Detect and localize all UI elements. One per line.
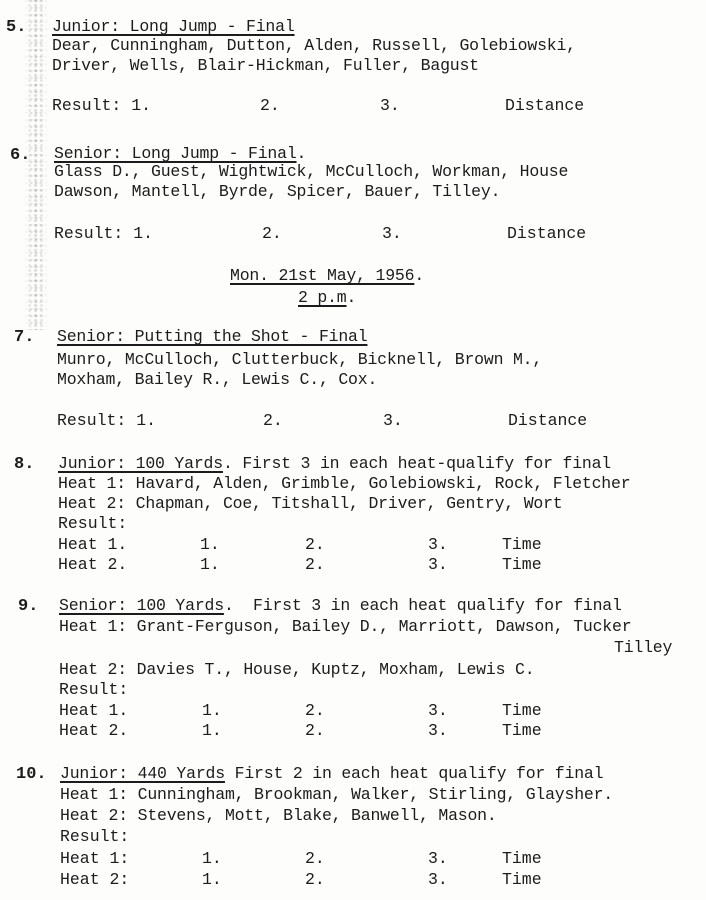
measure-label: Distance [505, 96, 584, 116]
place-3: 3. [380, 96, 400, 116]
competitors-line: Dear, Cunningham, Dutton, Alden, Russell… [52, 36, 576, 56]
event-heading: Senior: Putting the Shot - Final [57, 327, 367, 347]
event-number: 9. [18, 597, 38, 616]
competitors-line: Moxham, Bailey R., Lewis C., Cox. [57, 370, 377, 390]
measure-label: Distance [507, 224, 586, 244]
place-2: 2. [263, 411, 283, 431]
event-number: 5. [6, 18, 26, 37]
place-3: 3. [382, 224, 402, 244]
event-number: 6. [10, 146, 30, 165]
result-label: Result: 1. [54, 224, 153, 244]
event-heading: Junior: 440 Yards First 2 in each heat q… [60, 764, 603, 784]
heat-overflow-name: Tilley [614, 638, 672, 658]
result-label: Result: [60, 827, 129, 847]
heat-line: Heat 1: Havard, Alden, Grimble, Golebiow… [58, 474, 630, 494]
result-label: Result: 1. [52, 96, 151, 116]
session-date: Mon. 21st May, 1956. [230, 266, 424, 286]
event-heading: Junior: Long Jump - Final [52, 17, 295, 37]
scan-margin-artifact [24, 0, 48, 330]
result-label: Result: 1. [57, 411, 156, 431]
event-heading: Junior: 100 Yards. First 3 in each heat-… [58, 454, 611, 474]
place-2: 2. [260, 96, 280, 116]
event-number: 8. [14, 455, 34, 474]
event-heading: Senior: Long Jump - Final. [54, 144, 306, 164]
heat-line: Heat 1: Grant-Ferguson, Bailey D., Marri… [59, 617, 631, 637]
result-label: Result: [58, 514, 127, 534]
heat-line: Heat 2: Davies T., House, Kuptz, Moxham,… [59, 660, 534, 680]
event-heading: Senior: 100 Yards. First 3 in each heat … [59, 596, 622, 616]
competitors-line: Munro, McCulloch, Clutterbuck, Bicknell,… [57, 350, 542, 370]
event-number: 7. [14, 328, 34, 347]
heat-line: Heat 2: Stevens, Mott, Blake, Banwell, M… [60, 806, 497, 826]
competitors-line: Dawson, Mantell, Byrde, Spicer, Bauer, T… [54, 182, 500, 202]
place-2: 2. [262, 224, 282, 244]
result-label: Result: [59, 680, 128, 700]
competitors-line: Driver, Wells, Blair-Hickman, Fuller, Ba… [52, 56, 479, 76]
competitors-line: Glass D., Guest, Wightwick, McCulloch, W… [54, 162, 568, 182]
session-time: 2 p.m. [298, 288, 356, 308]
measure-label: Distance [508, 411, 587, 431]
event-number: 10. [16, 765, 47, 784]
place-3: 3. [383, 411, 403, 431]
heat-line: Heat 2: Chapman, Coe, Titshall, Driver, … [58, 494, 563, 514]
heat-line: Heat 1: Cunningham, Brookman, Walker, St… [60, 785, 613, 805]
